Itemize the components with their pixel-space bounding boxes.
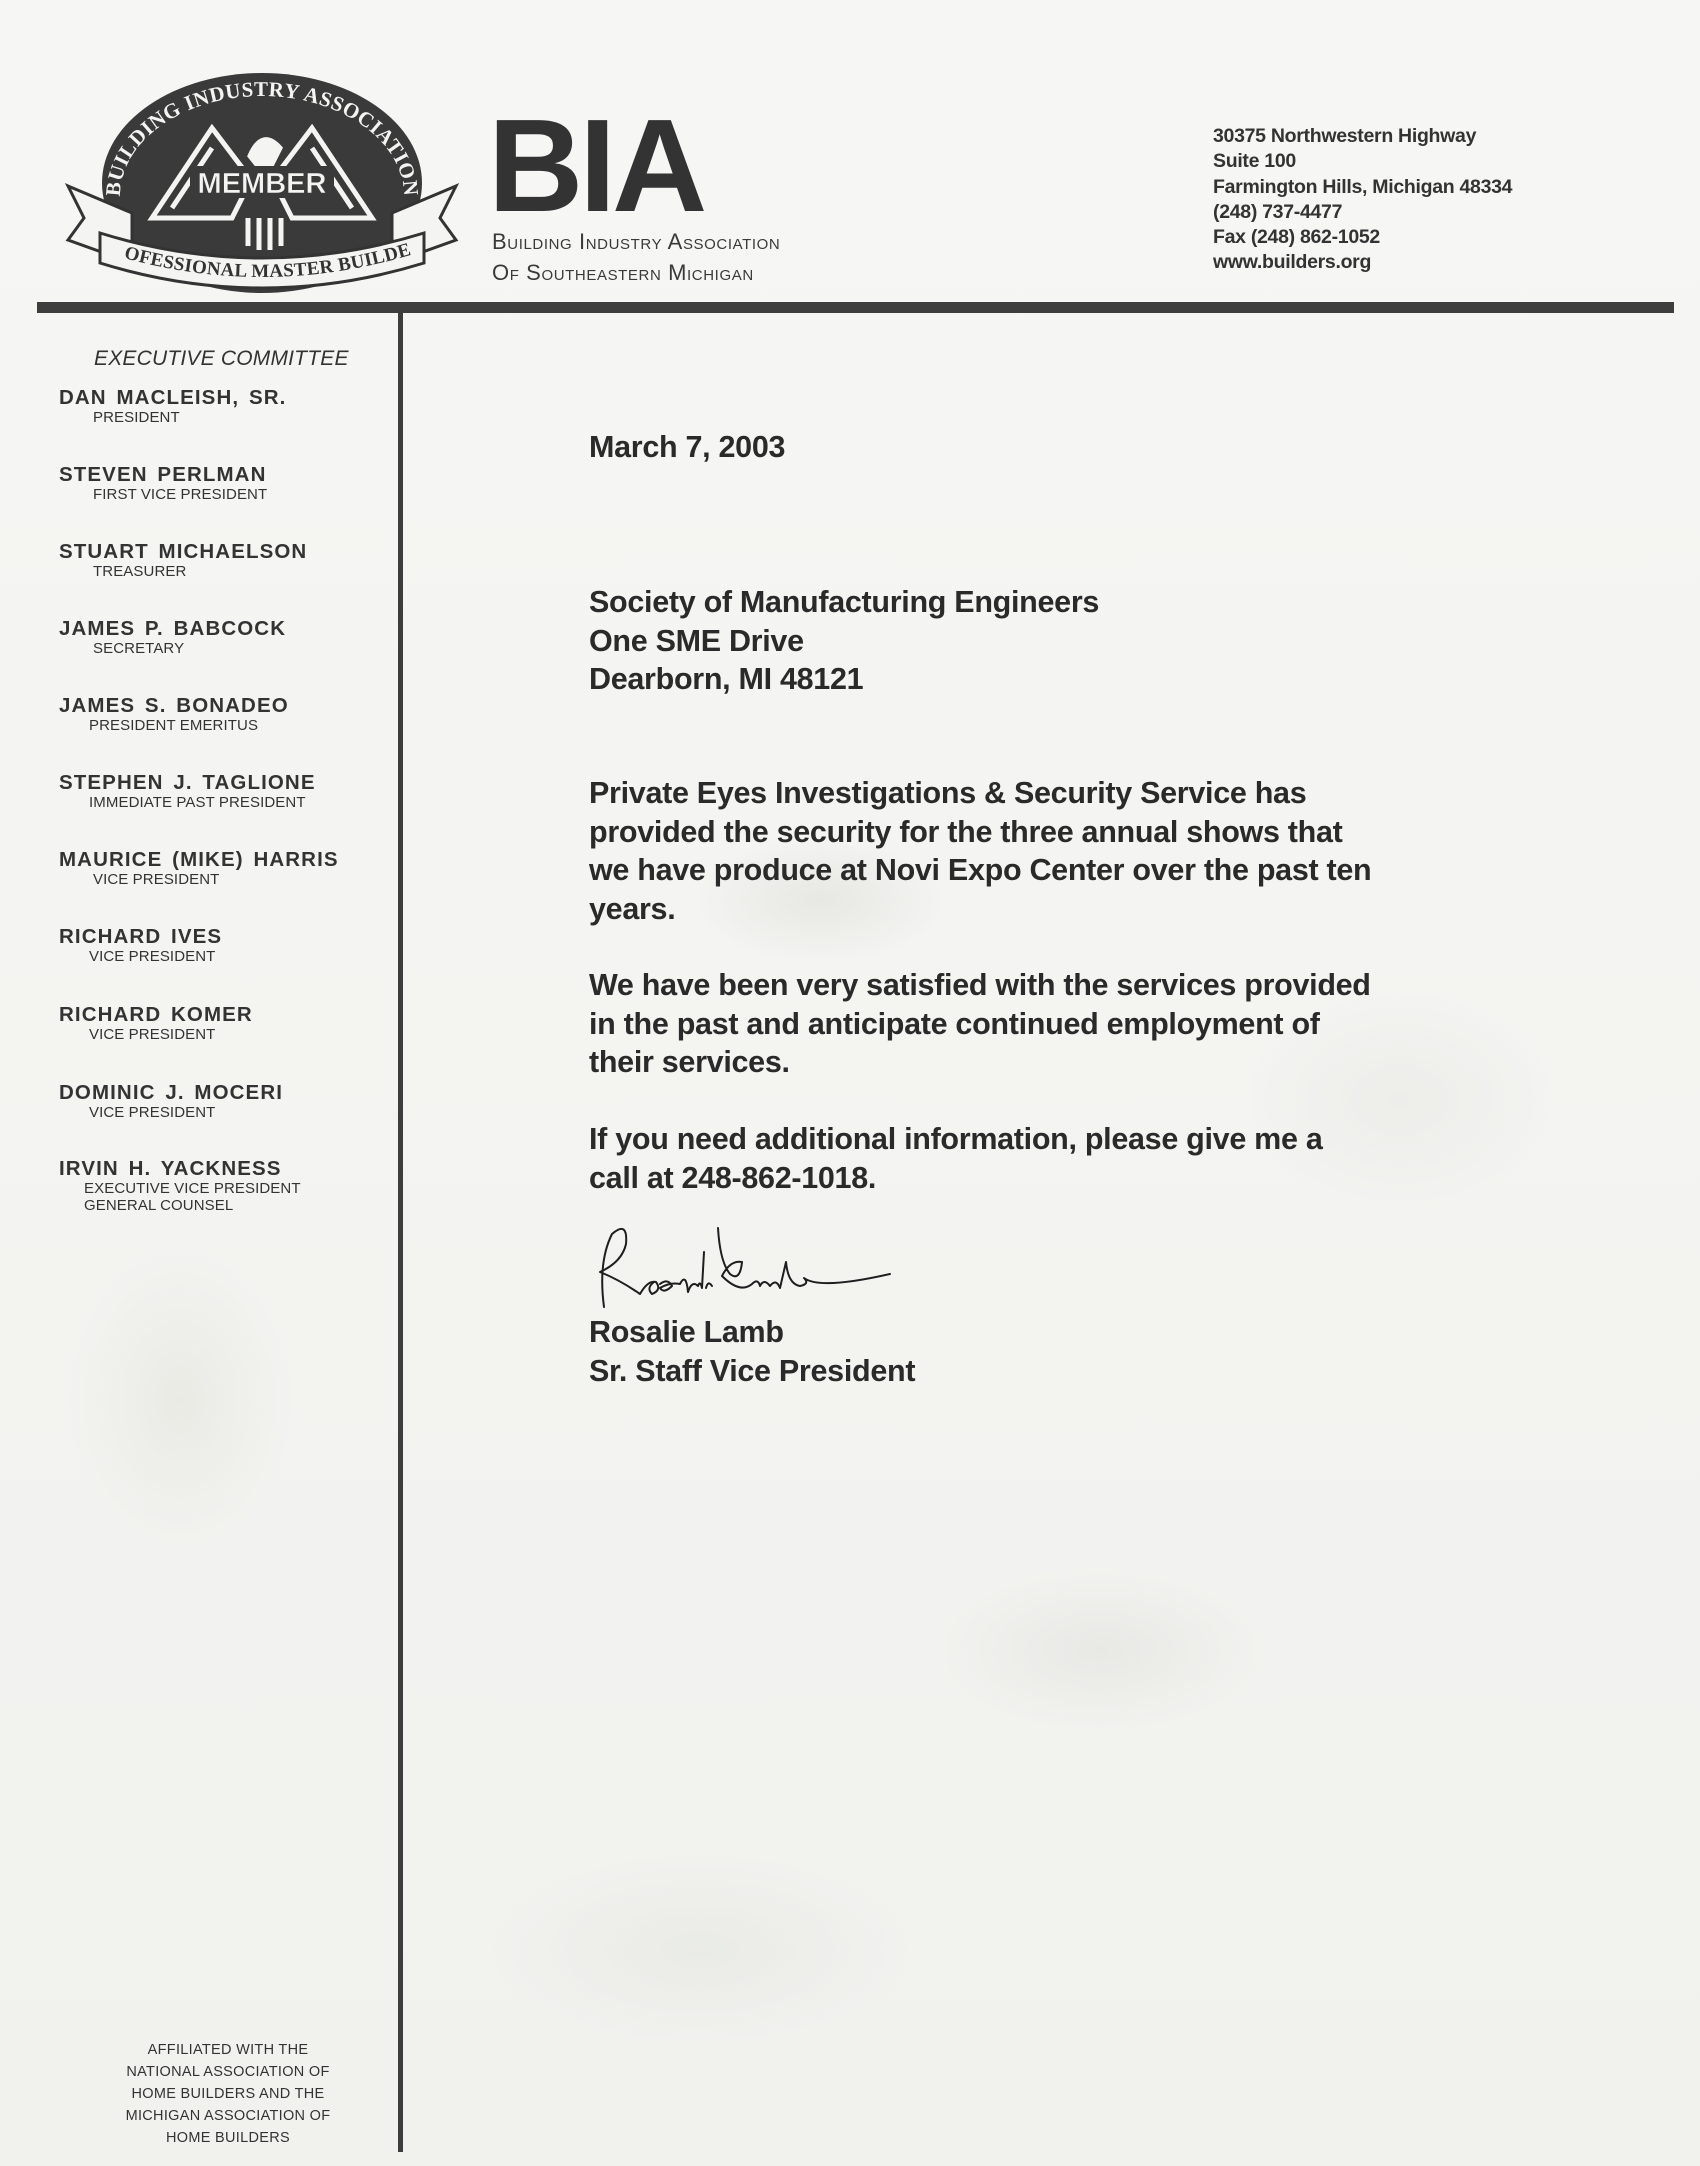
body-paragraph-2: We have been very satisfied with the ser… — [589, 966, 1371, 1082]
affiliation-note: AFFILIATED WITH THE NATIONAL ASSOCIATION… — [108, 2039, 348, 2149]
member-role: EXECUTIVE VICE PRESIDENT — [84, 1180, 301, 1197]
member-role: VICE PRESIDENT — [93, 871, 339, 888]
signature-icon — [590, 1222, 960, 1312]
paragraph-line: in the past and anticipate continued emp… — [589, 1005, 1371, 1044]
letter-date: March 7, 2003 — [589, 428, 785, 467]
member-name: JAMES S. BONADEO — [59, 695, 289, 717]
svg-text:MEMBER: MEMBER — [198, 168, 327, 200]
organization-name-line-2: Of Southeastern Michigan — [492, 257, 780, 288]
header-divider — [37, 302, 1674, 313]
body-paragraph-1: Private Eyes Investigations & Security S… — [589, 774, 1371, 928]
bia-wordmark: BIA — [488, 100, 703, 232]
address-phone: (248) 737-4477 — [1213, 200, 1512, 225]
affiliation-line: MICHIGAN ASSOCIATION OF — [108, 2105, 348, 2127]
signer-block: Rosalie Lamb Sr. Staff Vice President — [589, 1313, 915, 1390]
organization-address: 30375 Northwestern Highway Suite 100 Far… — [1213, 124, 1512, 276]
member-role: IMMEDIATE PAST PRESIDENT — [89, 794, 316, 811]
recipient-line: Dearborn, MI 48121 — [589, 660, 1099, 699]
paragraph-line: If you need additional information, plea… — [589, 1120, 1323, 1159]
committee-member: STEVEN PERLMANFIRST VICE PRESIDENT — [59, 464, 267, 503]
address-street: 30375 Northwestern Highway — [1213, 124, 1512, 149]
member-role: TREASURER — [93, 563, 307, 580]
committee-member: IRVIN H. YACKNESSEXECUTIVE VICE PRESIDEN… — [59, 1158, 301, 1214]
member-role: PRESIDENT EMERITUS — [89, 717, 289, 734]
seal-graphic: BUILDING INDUSTRY ASSOCIATION MEMBER PRO… — [62, 68, 462, 298]
member-role: PRESIDENT — [93, 409, 286, 426]
committee-member: JAMES P. BABCOCKSECRETARY — [59, 618, 286, 657]
bia-member-seal: BUILDING INDUSTRY ASSOCIATION MEMBER PRO… — [62, 68, 462, 298]
paragraph-line: provided the security for the three annu… — [589, 813, 1371, 852]
organization-name-line-1: Building Industry Association — [492, 226, 780, 257]
signer-title: Sr. Staff Vice President — [589, 1352, 915, 1391]
affiliation-line: HOME BUILDERS — [108, 2127, 348, 2149]
sidebar-divider — [398, 310, 403, 2152]
affiliation-line: AFFILIATED WITH THE — [108, 2039, 348, 2061]
member-role: SECRETARY — [93, 640, 286, 657]
executive-committee-heading: EXECUTIVE COMMITTEE — [94, 347, 349, 371]
handwritten-signature — [590, 1222, 960, 1312]
member-name: STEVEN PERLMAN — [59, 464, 267, 486]
member-name: MAURICE (MIKE) HARRIS — [59, 849, 339, 871]
paragraph-line: We have been very satisfied with the ser… — [589, 966, 1371, 1005]
member-role: GENERAL COUNSEL — [84, 1197, 301, 1214]
member-name: RICHARD KOMER — [59, 1004, 253, 1026]
member-name: STUART MICHAELSON — [59, 541, 307, 563]
recipient-line: Society of Manufacturing Engineers — [589, 583, 1099, 622]
committee-member: STUART MICHAELSONTREASURER — [59, 541, 307, 580]
address-website: www.builders.org — [1213, 250, 1512, 275]
address-suite: Suite 100 — [1213, 149, 1512, 174]
committee-member: JAMES S. BONADEOPRESIDENT EMERITUS — [59, 695, 289, 734]
paragraph-line: Private Eyes Investigations & Security S… — [589, 774, 1371, 813]
member-name: RICHARD IVES — [59, 926, 222, 948]
member-name: IRVIN H. YACKNESS — [59, 1158, 301, 1180]
member-role: VICE PRESIDENT — [89, 948, 222, 965]
member-role: VICE PRESIDENT — [89, 1026, 253, 1043]
paragraph-line: call at 248-862-1018. — [589, 1159, 1323, 1198]
affiliation-line: NATIONAL ASSOCIATION OF — [108, 2061, 348, 2083]
member-name: DAN MACLEISH, SR. — [59, 387, 286, 409]
member-role: VICE PRESIDENT — [89, 1104, 283, 1121]
paragraph-line: their services. — [589, 1043, 1371, 1082]
recipient-address: Society of Manufacturing Engineers One S… — [589, 583, 1099, 699]
body-paragraph-3: If you need additional information, plea… — [589, 1120, 1323, 1197]
paragraph-line: we have produce at Novi Expo Center over… — [589, 851, 1371, 890]
committee-member: DAN MACLEISH, SR.PRESIDENT — [59, 387, 286, 426]
committee-member: RICHARD IVESVICE PRESIDENT — [59, 926, 222, 965]
organization-name: Building Industry Association Of Southea… — [492, 226, 780, 288]
committee-member: DOMINIC J. MOCERIVICE PRESIDENT — [59, 1082, 283, 1121]
address-fax: Fax (248) 862-1052 — [1213, 225, 1512, 250]
member-name: STEPHEN J. TAGLIONE — [59, 772, 316, 794]
committee-member: RICHARD KOMERVICE PRESIDENT — [59, 1004, 253, 1043]
member-name: JAMES P. BABCOCK — [59, 618, 286, 640]
member-name: DOMINIC J. MOCERI — [59, 1082, 283, 1104]
member-role: FIRST VICE PRESIDENT — [93, 486, 267, 503]
committee-member: MAURICE (MIKE) HARRISVICE PRESIDENT — [59, 849, 339, 888]
address-city: Farmington Hills, Michigan 48334 — [1213, 175, 1512, 200]
paragraph-line: years. — [589, 890, 1371, 929]
signer-name: Rosalie Lamb — [589, 1313, 915, 1352]
committee-member: STEPHEN J. TAGLIONEIMMEDIATE PAST PRESID… — [59, 772, 316, 811]
affiliation-line: HOME BUILDERS AND THE — [108, 2083, 348, 2105]
recipient-line: One SME Drive — [589, 622, 1099, 661]
